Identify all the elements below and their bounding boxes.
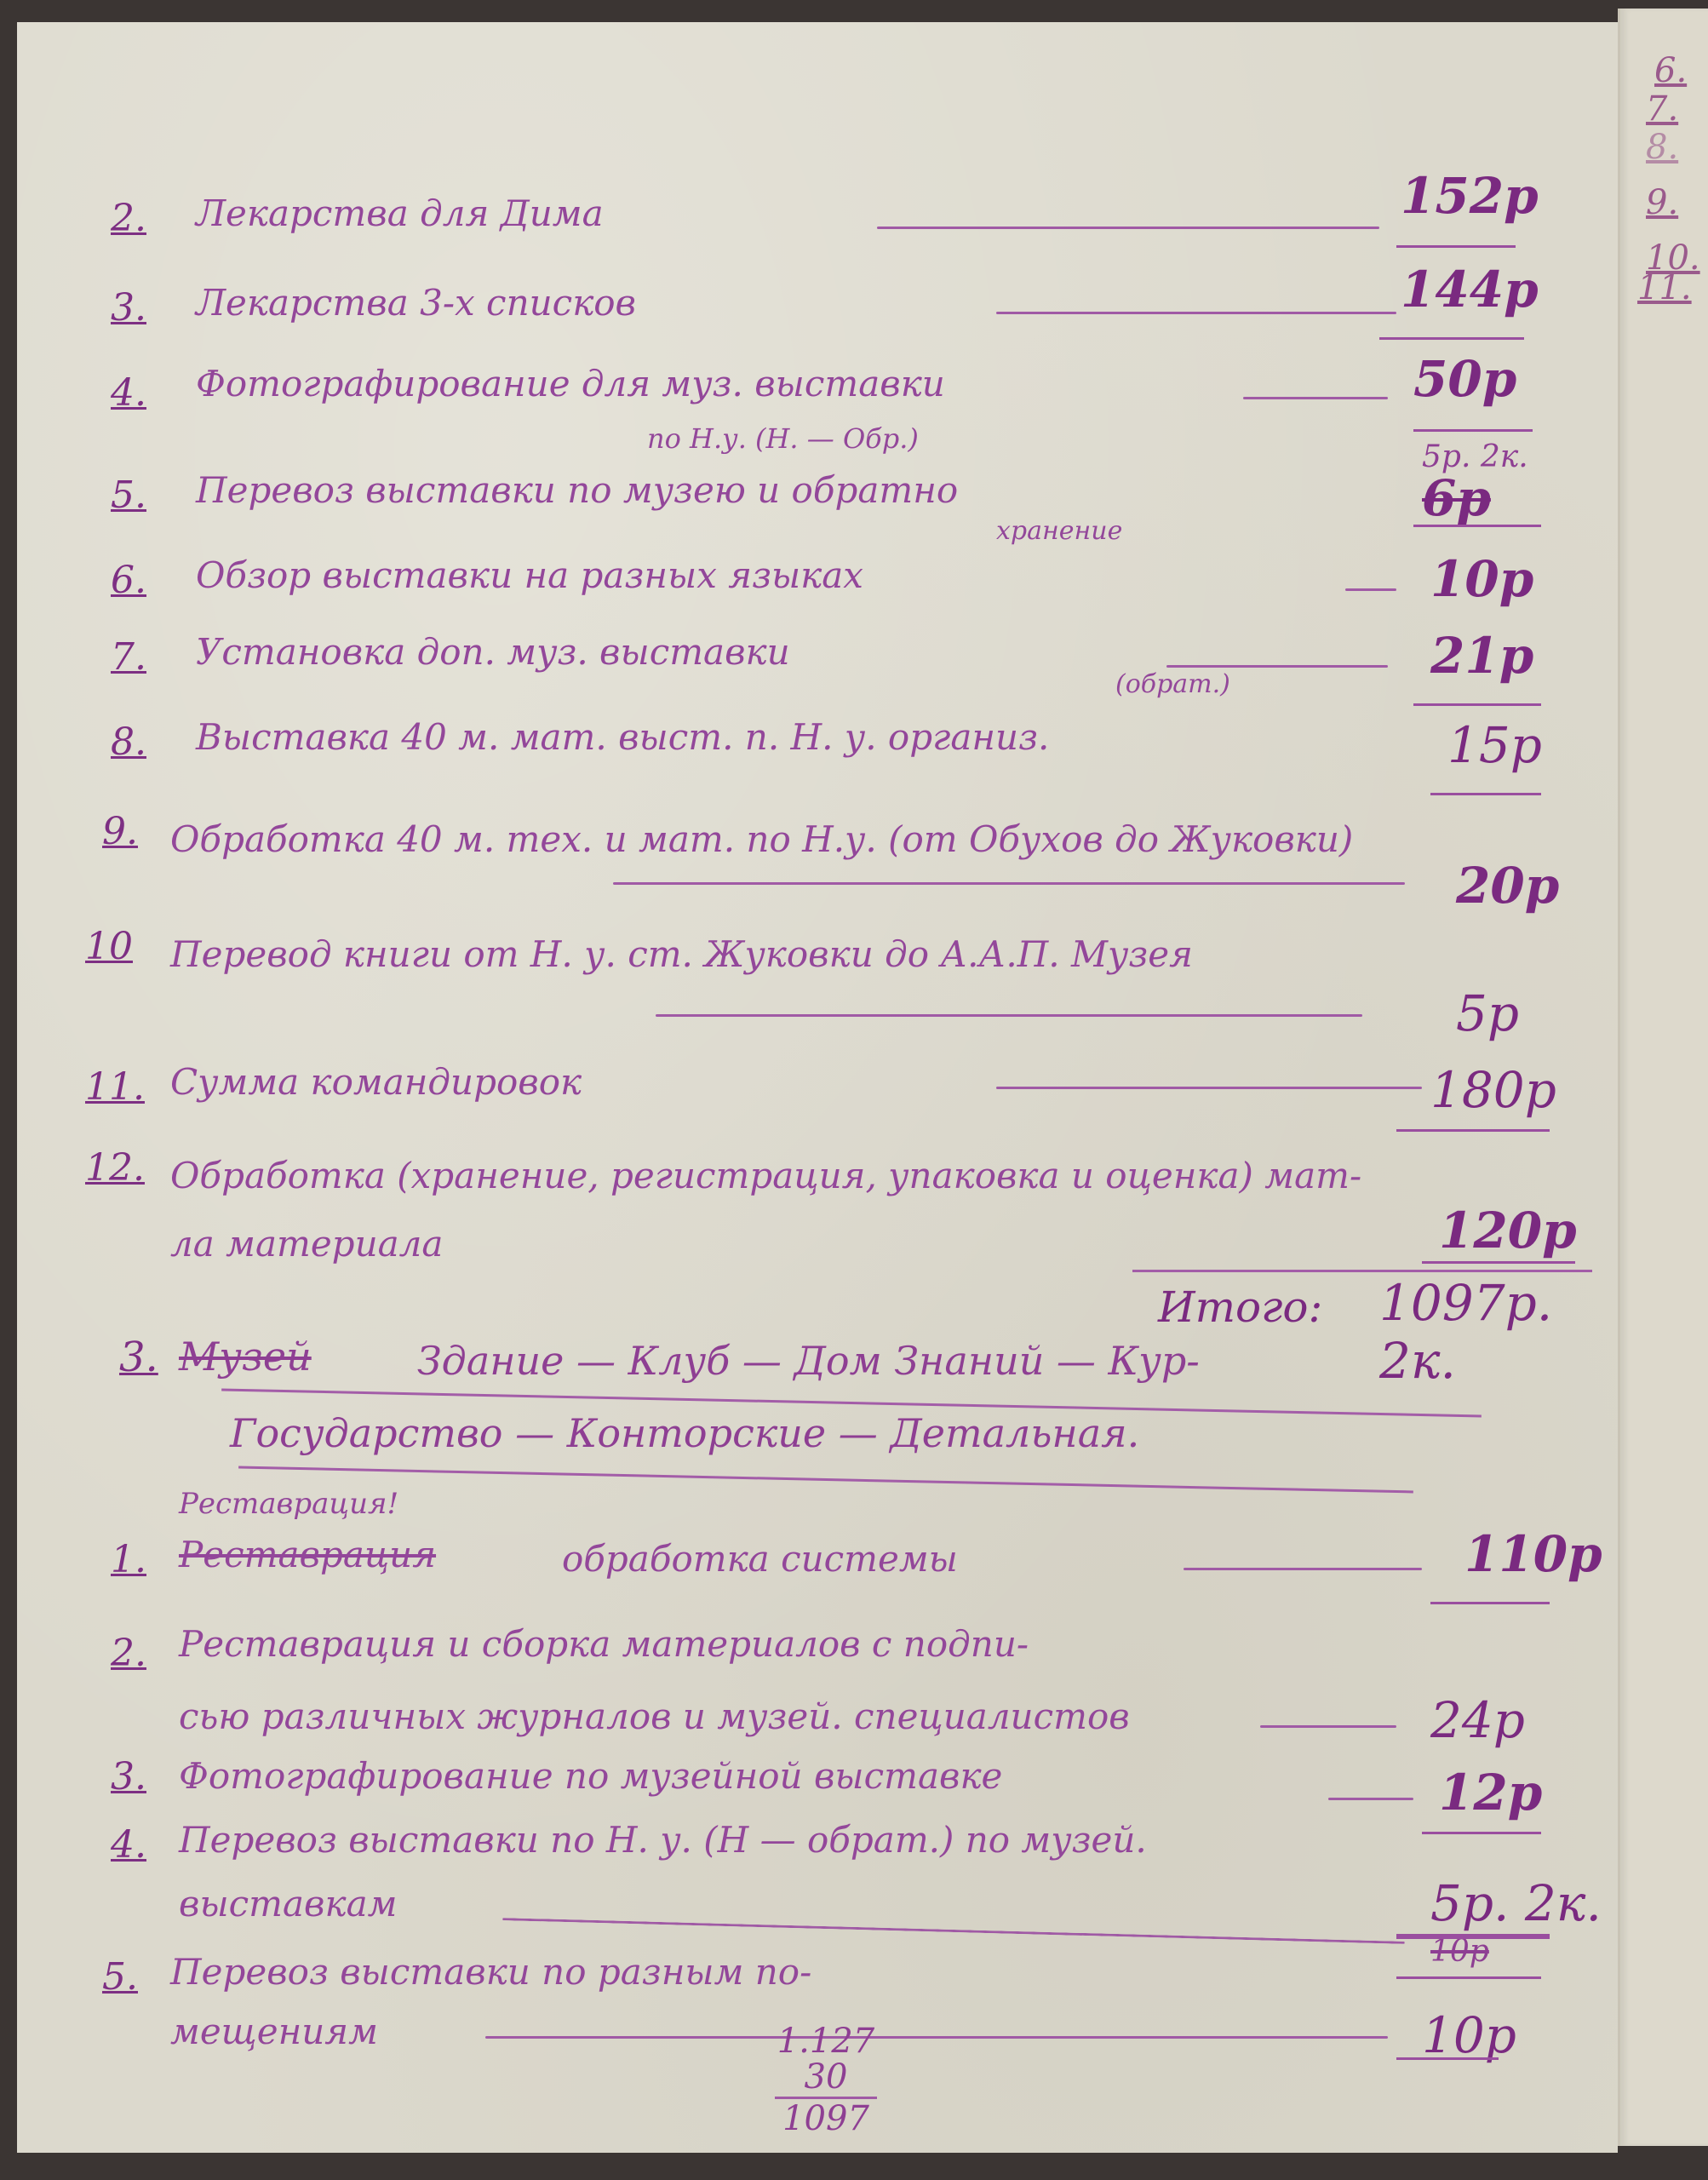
amount-underline bbox=[1396, 245, 1516, 248]
calc-line1: 1.127 bbox=[766, 2023, 886, 2059]
item-number: 8. bbox=[111, 720, 146, 764]
item-amount: 12р bbox=[1439, 1764, 1542, 1821]
item-label: Перевоз выставки по разным по- bbox=[170, 1951, 811, 1993]
amount-underline bbox=[1396, 1976, 1541, 1979]
item-number: 12. bbox=[85, 1146, 145, 1190]
item-label: Перевоз выставки по Н. у. (Н — обрат.) п… bbox=[179, 1819, 1147, 1861]
item-number: 1. bbox=[111, 1538, 146, 1581]
item-label: Фотографирование для муз. выставки bbox=[196, 363, 945, 404]
section-struck-word: Музей bbox=[179, 1334, 312, 1380]
leader-line bbox=[613, 882, 1405, 885]
item-amount: 15р bbox=[1447, 716, 1542, 774]
item-label: Установка доп. муз. выставки bbox=[196, 631, 790, 673]
leader-line bbox=[1184, 1568, 1422, 1570]
margin-number: 11. bbox=[1637, 268, 1692, 307]
item-label: Обработка (хранение, регистрация, упаков… bbox=[170, 1142, 1405, 1278]
item-label: Обзор выставки на разных языках bbox=[196, 554, 863, 596]
leader-line bbox=[996, 312, 1396, 314]
leader-line bbox=[502, 1918, 1405, 1944]
item-label: Выставка 40 м. мат. выст. п. Н. у. орган… bbox=[196, 716, 1049, 758]
amount-underline bbox=[1379, 337, 1524, 340]
item-label: Реставрация и сборка материалов с подпи- bbox=[179, 1623, 1029, 1665]
item-label-line2: сью различных журналов и музей. специали… bbox=[179, 1695, 1130, 1737]
leader-line bbox=[1166, 665, 1388, 668]
item-sublabel: (обрат.) bbox=[1115, 669, 1230, 699]
amount-underline bbox=[1430, 1602, 1550, 1604]
subtotal-label: Итого: bbox=[1158, 1282, 1322, 1332]
paper-sheet: 2. Лекарства для Дима 152р 3. Лекарства … bbox=[17, 22, 1618, 2153]
amount-underline bbox=[1396, 2057, 1499, 2060]
item-number: 9. bbox=[102, 810, 138, 853]
subtotal-bracket-line bbox=[1132, 1270, 1592, 1272]
item-amount: 120р bbox=[1439, 1202, 1577, 1259]
calculation: 1.127 30 1097 bbox=[766, 2023, 886, 2137]
section-title-line1: Здание — Клуб — Дом Знаний — Кур- bbox=[417, 1338, 1200, 1384]
section-underline bbox=[238, 1466, 1413, 1494]
amount-underline bbox=[1396, 1129, 1550, 1132]
item-amount: 20р bbox=[1456, 857, 1559, 915]
amount-underline bbox=[1413, 525, 1541, 527]
item-amount: 152р bbox=[1401, 167, 1539, 225]
item-number: 2. bbox=[111, 197, 146, 240]
leader-line bbox=[1345, 588, 1396, 591]
margin-number: 7. bbox=[1646, 89, 1678, 129]
section-number: 3. bbox=[119, 1334, 158, 1381]
amount-underline bbox=[1422, 1261, 1575, 1264]
leader-line bbox=[1243, 397, 1388, 399]
amount-underline bbox=[1422, 1832, 1541, 1834]
item-label-line2: мещениям bbox=[170, 2011, 378, 2052]
leader-line bbox=[1328, 1798, 1413, 1800]
item-number: 7. bbox=[111, 635, 146, 679]
item-number: 2. bbox=[111, 1632, 146, 1675]
item-amount: 6р bbox=[1422, 469, 1491, 527]
leader-line bbox=[656, 1014, 1362, 1017]
item-number: 5. bbox=[102, 1955, 138, 1999]
item-number: 3. bbox=[111, 1755, 146, 1798]
adjacent-page: 6. 7. 8. 9. 10. 11. bbox=[1618, 9, 1708, 2146]
leader-line bbox=[996, 1087, 1422, 1089]
item-amount: 110р bbox=[1464, 1525, 1602, 1583]
item-label: Обработка 40 м. тех. и мат. по Н.у. (от … bbox=[170, 806, 1405, 874]
item-label: Лекарства 3-х списков bbox=[196, 282, 636, 324]
amount-underline bbox=[1413, 429, 1533, 432]
item-number: 3. bbox=[111, 286, 146, 330]
leader-line bbox=[485, 2036, 1388, 2039]
item-amount: 180р bbox=[1430, 1061, 1556, 1119]
item-amount: 5р. 2к. bbox=[1430, 1874, 1602, 1932]
item-amount: 10р bbox=[1422, 2006, 1516, 2064]
item-number: 10 bbox=[85, 925, 133, 968]
leader-line bbox=[1260, 1725, 1396, 1728]
item-label: Лекарства для Дима bbox=[196, 192, 604, 234]
item-number: 11. bbox=[85, 1065, 145, 1109]
margin-number: 9. bbox=[1646, 183, 1678, 222]
section-title-line2: Государство — Конторские — Детальная. bbox=[230, 1410, 1139, 1456]
item-amount: 144р bbox=[1401, 261, 1539, 318]
item-sublabel: по Н.у. (Н. — Обр.) bbox=[647, 422, 919, 455]
margin-number: 8. bbox=[1646, 128, 1678, 167]
item-label: Перевод книги от Н. у. ст. Жуковки до А.… bbox=[170, 921, 1405, 989]
calc-line2: 30 bbox=[766, 2059, 886, 2095]
item-label: обработка системы bbox=[562, 1538, 958, 1580]
margin-number: 6. bbox=[1654, 51, 1687, 90]
leader-line bbox=[877, 227, 1379, 229]
item-label: Перевоз выставки по музею и обратно bbox=[196, 469, 958, 511]
item-sublabel: хранение bbox=[996, 516, 1122, 546]
item-label: Фотографирование по музейной выставке bbox=[179, 1755, 1002, 1797]
item-amount: 10р bbox=[1430, 550, 1533, 608]
item-label-line2: выставкам bbox=[179, 1883, 397, 1925]
item-amount: 5р bbox=[1456, 984, 1519, 1042]
item-label: Сумма командировок bbox=[170, 1061, 582, 1103]
item-amount: 50р bbox=[1413, 350, 1516, 408]
item-number: 5. bbox=[111, 473, 146, 517]
amount-underline bbox=[1430, 793, 1541, 795]
subtotal-value: 1097р. 2к. bbox=[1379, 1274, 1618, 1390]
item-amount: 24р bbox=[1430, 1691, 1525, 1749]
item-number: 6. bbox=[111, 559, 146, 602]
amount-strike-line bbox=[1396, 1934, 1550, 1939]
item-number: 4. bbox=[111, 1823, 146, 1867]
calc-result: 1097 bbox=[766, 2101, 886, 2137]
amount-struck: 10р bbox=[1430, 1934, 1489, 1969]
amount-underline bbox=[1413, 703, 1541, 706]
item-struck-text: Реставрация bbox=[179, 1534, 436, 1575]
item-number: 4. bbox=[111, 371, 146, 415]
item-above-text: Реставрация! bbox=[179, 1487, 398, 1521]
item-amount: 21р bbox=[1430, 627, 1533, 685]
